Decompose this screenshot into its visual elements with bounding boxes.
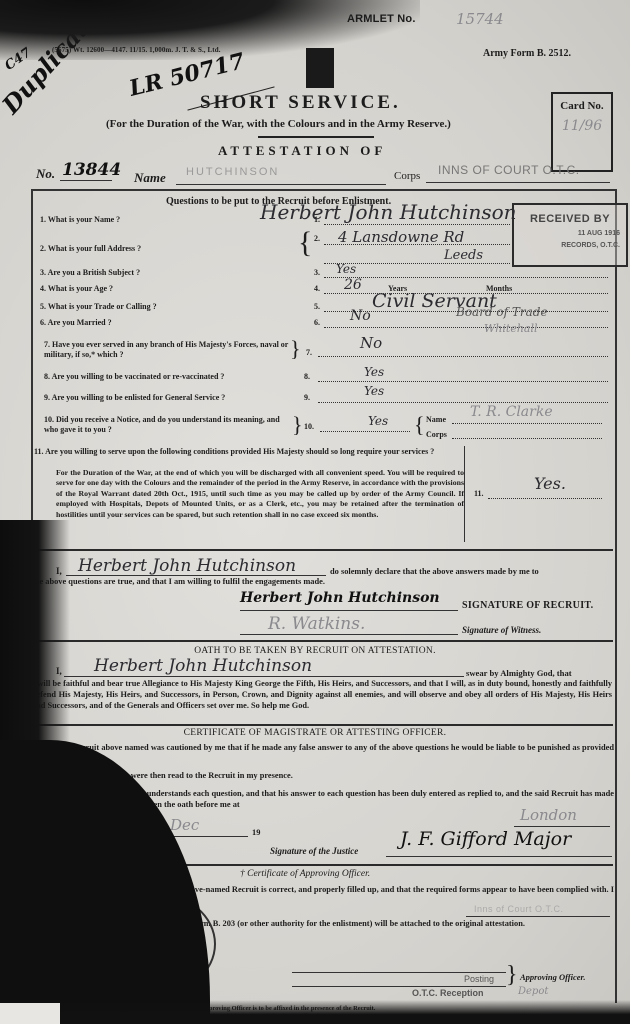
answer-11-field[interactable] [488, 498, 602, 499]
corps-field[interactable] [426, 182, 610, 183]
magistrate-caution: The Recruit above named was cautioned by… [30, 742, 614, 764]
received-stamp: RECEIVED BY 11 AUG 1916 RECORDS, O.T.C. [512, 203, 628, 267]
question-5: 5. What is your Trade or Calling ? [40, 302, 157, 312]
section-divider [33, 640, 613, 642]
question-text: What is your Trade or Calling ? [48, 302, 157, 311]
depot-note: Depot [518, 986, 548, 997]
answer-2-value-line2: Leeds [444, 248, 483, 263]
answer-4-number: 4. [314, 284, 320, 293]
question-number: 10. [44, 415, 54, 424]
section-divider [33, 724, 613, 726]
question-number: 7. [44, 340, 50, 349]
title-rule [258, 136, 374, 138]
answer-6-number: 6. [314, 318, 320, 327]
question-text: Did you receive a Notice, and do you und… [44, 415, 280, 434]
answer-8-number: 8. [304, 372, 310, 381]
question-number: 5. [40, 302, 46, 311]
answer-10-value: Yes [368, 414, 388, 428]
number-field[interactable] [60, 180, 112, 181]
answer-1-value: Herbert John Hutchinson [260, 200, 517, 224]
answer-6-value: No [350, 308, 371, 324]
answer-6-field[interactable] [324, 327, 608, 328]
reception-label: O.T.C. Reception [412, 988, 484, 998]
answer-8-value: Yes [364, 365, 384, 379]
answer-3-value: Yes [336, 262, 356, 276]
received-stamp-office: RECORDS, O.T.C. [514, 242, 620, 249]
answer-7-field[interactable] [318, 356, 608, 357]
answer-2-value-line1: 4 Lansdowne Rd [338, 228, 464, 246]
army-form-id: Army Form B. 2512. [483, 48, 571, 59]
justice-signature-line[interactable] [386, 856, 612, 857]
card-number-box: Card No. 11/96 [551, 92, 613, 172]
answer-3-number: 3. [314, 268, 320, 277]
question-number: 3. [40, 268, 46, 277]
brace: } [290, 334, 301, 364]
number-value: 13844 [62, 160, 121, 180]
answer-5-number: 5. [314, 302, 320, 311]
received-stamp-title: RECEIVED BY [514, 213, 626, 225]
answer-9-field[interactable] [318, 402, 608, 403]
answer-10-number: 10. [304, 422, 314, 431]
brace: } [506, 960, 518, 990]
declaration-text-1: do solemnly declare that the above answe… [330, 566, 539, 577]
brace: { [298, 228, 312, 258]
question-number: 9. [44, 393, 50, 402]
card-number-label: Card No. [553, 100, 611, 112]
answer-11-number: 11. [474, 489, 484, 498]
oath-name-field[interactable] [64, 676, 464, 677]
question-1: 1. What is your Name ? [40, 215, 120, 225]
question-text: Are you willing to serve upon the follow… [45, 447, 434, 456]
answer-9-value: Yes [364, 384, 384, 398]
answer-1-field[interactable] [324, 224, 510, 225]
question-4: 4. What is your Age ? [40, 284, 113, 294]
question-text: What is your full Address ? [48, 244, 141, 253]
question-number: 6. [40, 318, 46, 327]
name-field[interactable] [176, 184, 386, 185]
armlet-number: 15744 [456, 10, 504, 28]
question-9: 9. Are you willing to be enlisted for Ge… [44, 393, 225, 403]
question-text: What is your Age ? [48, 284, 113, 293]
question-number: 8. [44, 372, 50, 381]
answer-8-field[interactable] [318, 381, 608, 382]
oath-name-value: Herbert John Hutchinson [94, 656, 312, 676]
reception-line[interactable] [292, 986, 506, 987]
service-conditions: For the Duration of the War, at the end … [56, 468, 464, 520]
approving-officer-label: Approving Officer. [520, 972, 585, 982]
question-text: Are you willing to be vaccinated or re-v… [52, 372, 225, 381]
notice-corps-label: Corps [426, 430, 447, 440]
answer-11-value: Yes. [534, 474, 566, 493]
justice-signature: J. F. Gifford Major [400, 828, 571, 850]
year-label: 19 [252, 827, 260, 838]
posting-line[interactable] [292, 972, 506, 973]
attestation-heading: ATTESTATION OF [218, 143, 386, 159]
answer-10-field[interactable] [320, 431, 410, 432]
question-6: 6. Are you Married ? [40, 318, 112, 328]
question-2: 2. What is your full Address ? [40, 244, 141, 254]
brace-line [464, 446, 465, 542]
question-7: 7. Have you ever served in any branch of… [44, 340, 294, 360]
question-11: 11. Are you willing to serve upon the fo… [34, 447, 466, 457]
answer-2-number: 2. [314, 234, 320, 243]
received-stamp-date: 11 AUG 1916 [514, 230, 620, 237]
question-number: 11. [34, 447, 44, 456]
question-text: Are you a British Subject ? [48, 268, 141, 277]
answer-4-value: 26 [344, 277, 362, 293]
answer-7-number: 7. [306, 348, 312, 357]
name-value: HUTCHINSON [186, 166, 279, 178]
question-10: 10. Did you receive a Notice, and do you… [44, 415, 290, 435]
recruit-signature: Herbert John Hutchinson [240, 590, 440, 606]
justice-signature-label: Signature of the Justice [270, 846, 358, 856]
number-label: No. [36, 166, 55, 182]
form-subtitle: (For the Duration of the War, with the C… [106, 118, 451, 130]
place-value: London [520, 806, 577, 824]
brace: } [292, 410, 303, 440]
corps-value: INNS OF COURT O.T.C. [438, 163, 580, 177]
notice-name-label: Name [426, 415, 446, 425]
margin-note-employer: Board of Trade [456, 305, 548, 319]
question-number: 2. [40, 244, 46, 253]
recruit-signature-label: SIGNATURE OF RECRUIT. [462, 600, 593, 611]
form-title: SHORT SERVICE. [200, 92, 401, 114]
posting-label: Posting [464, 974, 494, 984]
paper-scrap [0, 1003, 60, 1024]
answer-3-field[interactable] [324, 277, 608, 278]
witness-signature-label: Signature of Witness. [462, 625, 541, 635]
section-divider [33, 549, 613, 551]
notice-name-value: T. R. Clarke [470, 404, 553, 420]
declaration-text-2: the above questions are true, and that I… [32, 576, 325, 587]
oath-text-2: I will be faithful and bear true Allegia… [32, 678, 612, 711]
scan-shadow-bottom [0, 1000, 630, 1024]
answer-9-number: 9. [304, 393, 310, 402]
appointed-corps-value: Inns of Court O.T.C. [474, 904, 564, 914]
notice-name-field[interactable] [452, 423, 602, 424]
approving-title: † Certificate of Approving Officer. [240, 869, 370, 879]
question-text: Are you Married ? [48, 318, 112, 327]
answer-7-value: No [360, 334, 382, 352]
oath-title: OATH TO BE TAKEN BY RECRUIT ON ATTESTATI… [0, 646, 630, 656]
corps-label: Corps [394, 170, 420, 182]
question-text: Have you ever served in any branch of Hi… [44, 340, 288, 359]
question-3: 3. Are you a British Subject ? [40, 268, 140, 278]
witness-signature-line[interactable] [240, 634, 458, 635]
notice-corps-field[interactable] [452, 438, 602, 439]
question-text: What is your Name ? [48, 215, 120, 224]
question-8: 8. Are you willing to be vaccinated or r… [44, 372, 224, 382]
brace: { [414, 410, 425, 440]
recruit-signature-line[interactable] [240, 610, 458, 611]
question-number: 4. [40, 284, 46, 293]
margin-note-location: Whitehall [484, 322, 538, 335]
month-value: Dec [170, 816, 199, 834]
magistrate-title: CERTIFICATE OF MAGISTRATE OR ATTESTING O… [0, 728, 630, 738]
question-text: Are you willing to be enlisted for Gener… [52, 393, 226, 402]
scan-shadow-top [0, 0, 420, 60]
name-label: Name [134, 170, 166, 186]
witness-signature: R. Watkins. [268, 614, 365, 634]
question-number: 1. [40, 215, 46, 224]
place-field[interactable] [514, 826, 610, 827]
card-number-value: 11/96 [553, 118, 611, 134]
declaration-name-value: Herbert John Hutchinson [78, 556, 296, 576]
appointed-corps-field[interactable] [466, 916, 610, 917]
